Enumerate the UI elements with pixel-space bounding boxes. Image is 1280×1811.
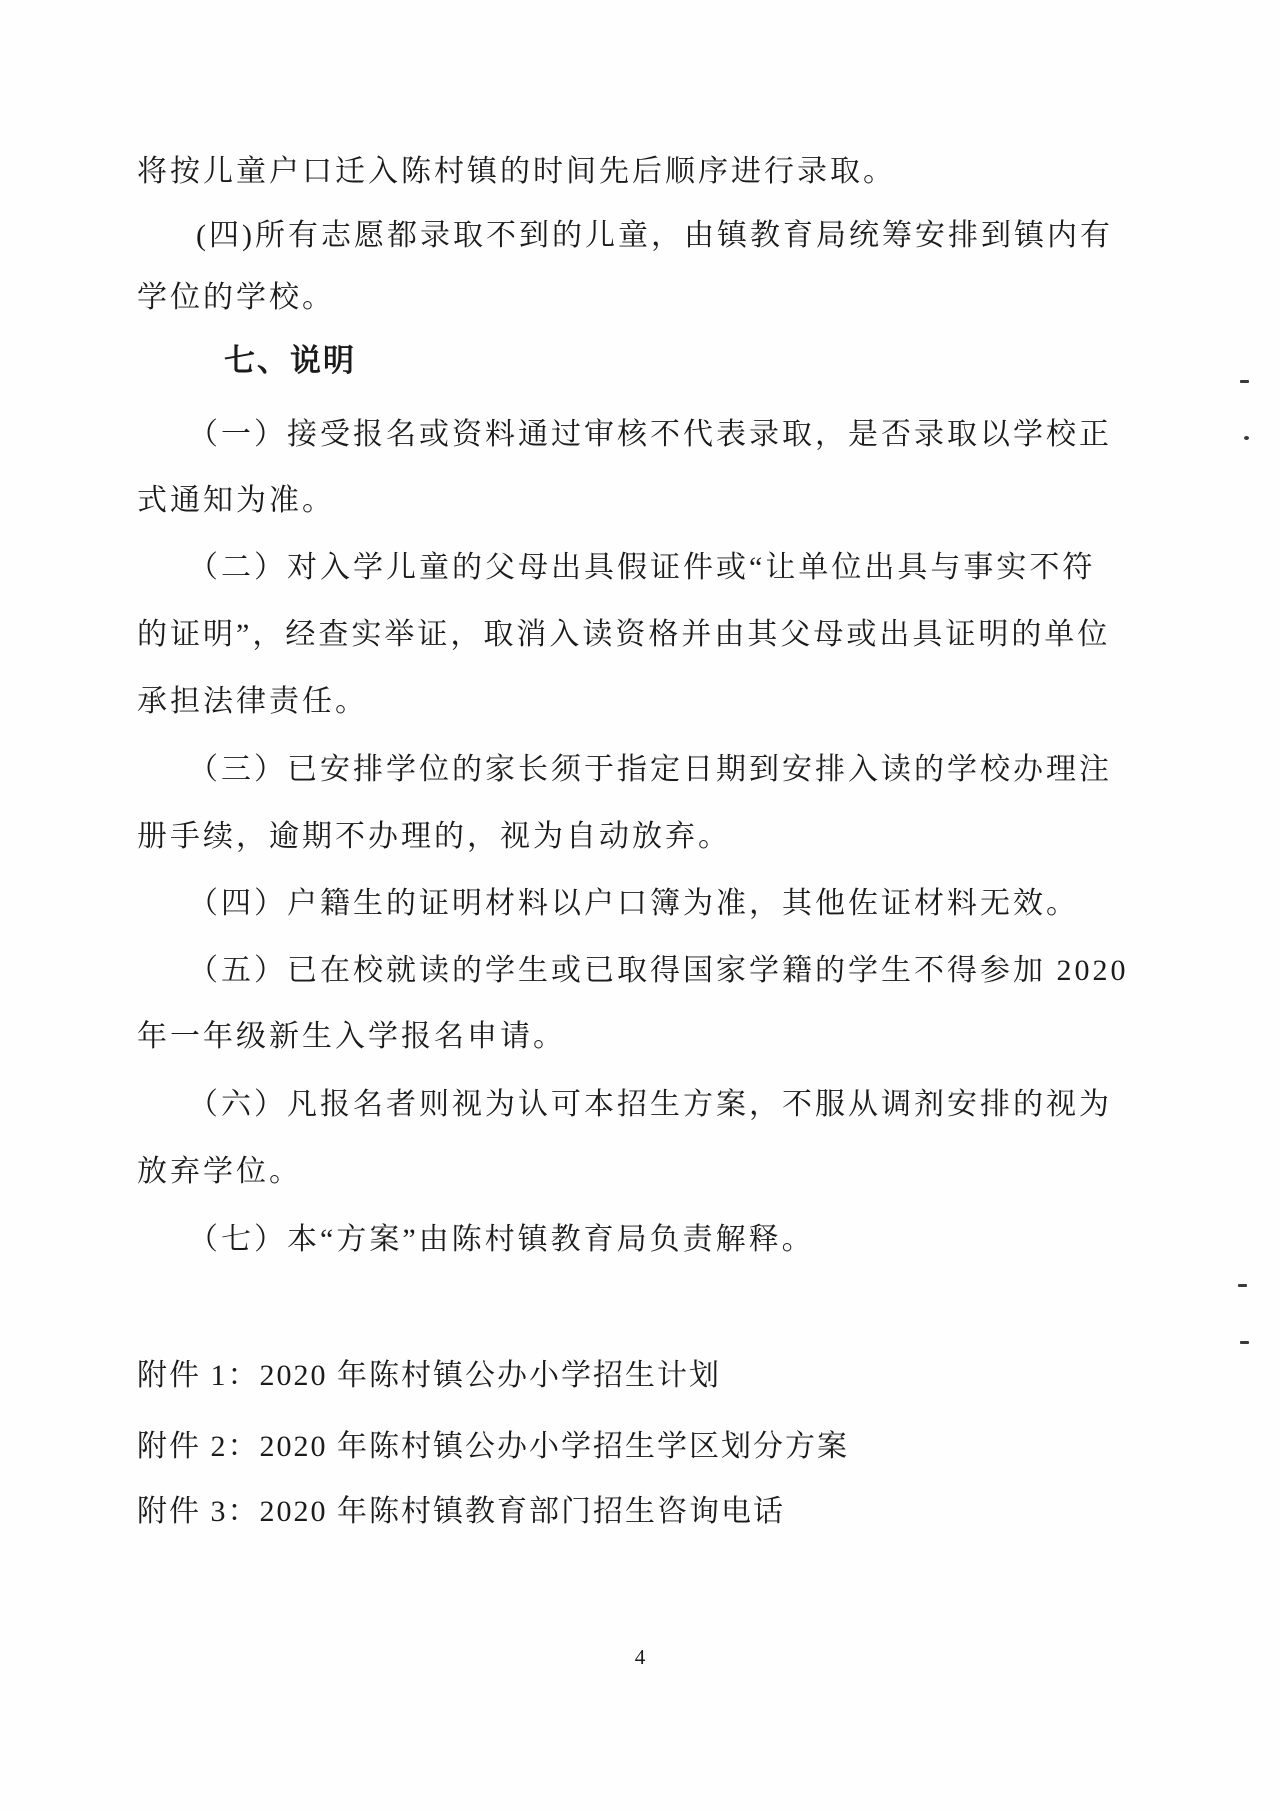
text-line: 的证明”，经查实举证，取消入读资格并由其父母或出具证明的单位 xyxy=(137,616,1110,654)
scan-speck xyxy=(1244,436,1249,440)
text-line: （三）已安排学位的家长须于指定日期到安排入读的学校办理注 xyxy=(188,751,1112,789)
text-line: 放弃学位。 xyxy=(137,1153,302,1191)
text-line: （四）户籍生的证明材料以户口簿为准，其他佐证材料无效。 xyxy=(188,885,1079,923)
text-line: （六）凡报名者则视为认可本招生方案，不服从调剂安排的视为 xyxy=(188,1086,1112,1124)
section-heading: 七、说明 xyxy=(224,342,356,380)
scan-speck xyxy=(1238,1284,1247,1287)
scan-speck xyxy=(1240,1341,1249,1344)
text-line: 年一年级新生入学报名申请。 xyxy=(137,1018,566,1056)
attachment-line: 附件 1：2020 年陈村镇公办小学招生计划 xyxy=(137,1357,721,1395)
text-line: (四)所有志愿都录取不到的儿童，由镇教育局统筹安排到镇内有 xyxy=(196,217,1113,255)
scan-speck xyxy=(1240,380,1249,383)
text-line: （二）对入学儿童的父母出具假证件或“让单位出具与事实不符 xyxy=(188,549,1095,587)
text-line: 册手续，逾期不办理的，视为自动放弃。 xyxy=(137,818,731,856)
page-number: 4 xyxy=(0,1645,1280,1670)
text-line: （一）接受报名或资料通过审核不代表录取，是否录取以学校正 xyxy=(188,416,1112,454)
text-line: 承担法律责任。 xyxy=(137,683,368,721)
attachment-line: 附件 3：2020 年陈村镇教育部门招生咨询电话 xyxy=(137,1493,785,1531)
text-line: 学位的学校。 xyxy=(137,279,335,317)
text-line: 式通知为准。 xyxy=(137,482,335,520)
text-line: 将按儿童户口迁入陈村镇的时间先后顺序进行录取。 xyxy=(137,153,896,191)
attachment-line: 附件 2：2020 年陈村镇公办小学招生学区划分方案 xyxy=(137,1428,849,1466)
document-page: 将按儿童户口迁入陈村镇的时间先后顺序进行录取。 (四)所有志愿都录取不到的儿童，… xyxy=(0,0,1280,1811)
text-line: （七）本“方案”由陈村镇教育局负责解释。 xyxy=(188,1221,815,1259)
text-line: （五）已在校就读的学生或已取得国家学籍的学生不得参加 2020 xyxy=(188,952,1129,990)
